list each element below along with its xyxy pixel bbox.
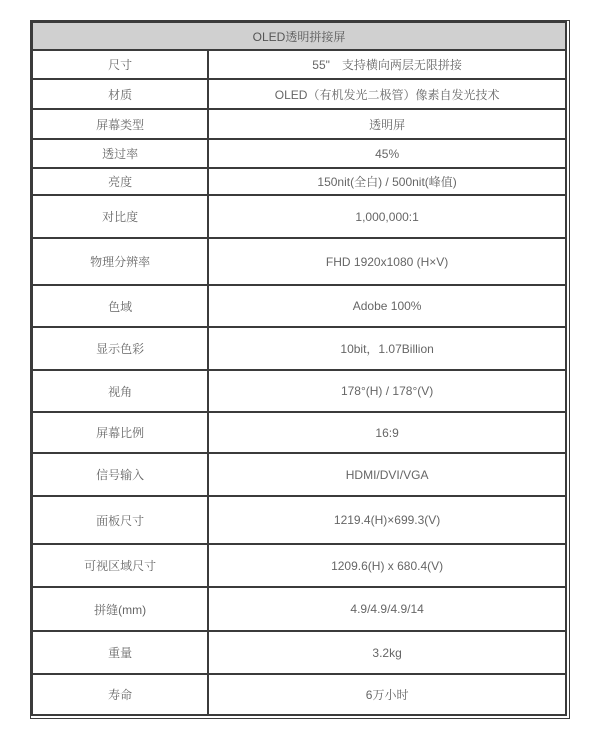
spec-label: 对比度 — [32, 195, 208, 238]
spec-label: 透过率 — [32, 139, 208, 168]
spec-label: 拼缝(mm) — [32, 587, 208, 631]
spec-row-contrast: 对比度 1,000,000:1 — [32, 195, 566, 238]
spec-value: 55" 支持横向两层无限拼接 — [208, 50, 566, 79]
table-header-row: OLED透明拼接屏 — [32, 22, 566, 50]
spec-row-transmittance: 透过率 45% — [32, 139, 566, 168]
spec-row-material: 材质 OLED（有机发光二极管）像素自发光技术 — [32, 79, 566, 109]
spec-value: 16:9 — [208, 412, 566, 453]
spec-value: 1209.6(H) x 680.4(V) — [208, 544, 566, 587]
spec-label: 屏幕比例 — [32, 412, 208, 453]
spec-label: 材质 — [32, 79, 208, 109]
spec-row-lifespan: 寿命 6万小时 — [32, 674, 566, 715]
spec-row-size: 尺寸 55" 支持横向两层无限拼接 — [32, 50, 566, 79]
spec-label: 寿命 — [32, 674, 208, 715]
spec-value: 178°(H) / 178°(V) — [208, 370, 566, 412]
spec-value: 透明屏 — [208, 109, 566, 139]
spec-value: 1219.4(H)×699.3(V) — [208, 496, 566, 544]
spec-row-signal-input: 信号输入 HDMI/DVI/VGA — [32, 453, 566, 496]
spec-label: 屏幕类型 — [32, 109, 208, 139]
spec-row-resolution: 物理分辨率 FHD 1920x1080 (H×V) — [32, 238, 566, 285]
spec-row-visible-area: 可视区域尺寸 1209.6(H) x 680.4(V) — [32, 544, 566, 587]
spec-label: 信号输入 — [32, 453, 208, 496]
table-title: OLED透明拼接屏 — [32, 22, 566, 50]
spec-table-frame: OLED透明拼接屏 尺寸 55" 支持横向两层无限拼接 材质 OLED（有机发光… — [30, 20, 570, 719]
spec-row-viewing-angle: 视角 178°(H) / 178°(V) — [32, 370, 566, 412]
spec-row-weight: 重量 3.2kg — [32, 631, 566, 674]
page: OLED透明拼接屏 尺寸 55" 支持横向两层无限拼接 材质 OLED（有机发光… — [0, 0, 600, 719]
spec-value: Adobe 100% — [208, 285, 566, 327]
spec-row-color-gamut: 色域 Adobe 100% — [32, 285, 566, 327]
spec-label: 显示色彩 — [32, 327, 208, 370]
spec-value: 4.9/4.9/4.9/14 — [208, 587, 566, 631]
spec-value: 45% — [208, 139, 566, 168]
spec-value: FHD 1920x1080 (H×V) — [208, 238, 566, 285]
spec-row-aspect-ratio: 屏幕比例 16:9 — [32, 412, 566, 453]
spec-value: 10bit，1.07Billion — [208, 327, 566, 370]
spec-label: 可视区域尺寸 — [32, 544, 208, 587]
spec-row-brightness: 亮度 150nit(全白) / 500nit(峰值) — [32, 168, 566, 195]
spec-label: 面板尺寸 — [32, 496, 208, 544]
spec-label: 亮度 — [32, 168, 208, 195]
spec-label: 视角 — [32, 370, 208, 412]
spec-label: 物理分辨率 — [32, 238, 208, 285]
spec-row-screen-type: 屏幕类型 透明屏 — [32, 109, 566, 139]
spec-label: 重量 — [32, 631, 208, 674]
spec-value: OLED（有机发光二极管）像素自发光技术 — [208, 79, 566, 109]
spec-label: 尺寸 — [32, 50, 208, 79]
spec-label: 色域 — [32, 285, 208, 327]
spec-row-display-colors: 显示色彩 10bit，1.07Billion — [32, 327, 566, 370]
spec-value: 150nit(全白) / 500nit(峰值) — [208, 168, 566, 195]
spec-table: OLED透明拼接屏 尺寸 55" 支持横向两层无限拼接 材质 OLED（有机发光… — [31, 21, 567, 716]
spec-value: 6万小时 — [208, 674, 566, 715]
spec-row-panel-size: 面板尺寸 1219.4(H)×699.3(V) — [32, 496, 566, 544]
spec-value: HDMI/DVI/VGA — [208, 453, 566, 496]
spec-value: 3.2kg — [208, 631, 566, 674]
spec-row-seam: 拼缝(mm) 4.9/4.9/4.9/14 — [32, 587, 566, 631]
spec-value: 1,000,000:1 — [208, 195, 566, 238]
